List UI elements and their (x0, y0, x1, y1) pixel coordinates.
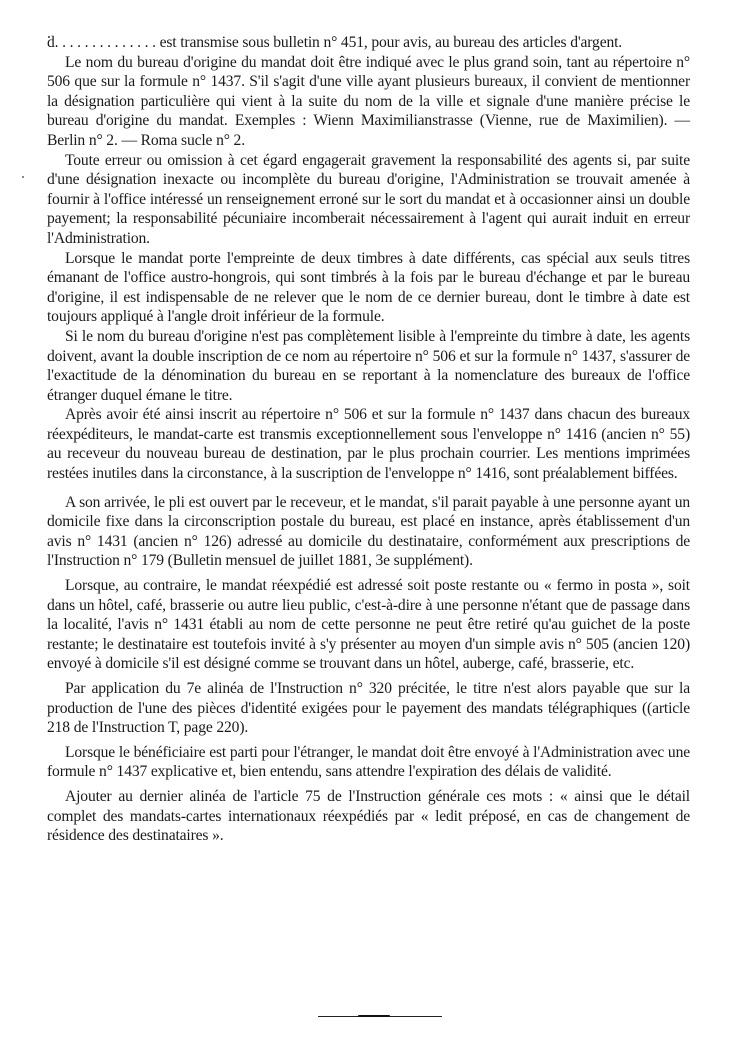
paragraph-bulletin-transmission: d. . . . . . . . . . . . . . est transmi… (47, 33, 690, 53)
document-page: d. . . . . . . . . . . . . . est transmi… (47, 33, 690, 846)
paragraph-bureau-origine: Le nom du bureau d'origine du mandat doi… (47, 53, 690, 151)
paragraph-arrivee: A son arrivée, le pli est ouvert par le … (47, 493, 690, 571)
paragraph-deux-timbres: Lorsque le mandat porte l'empreinte de d… (47, 249, 690, 327)
paragraph-article-75: Ajouter au dernier alinéa de l'article 7… (47, 787, 690, 846)
paragraph-erreur-omission: Toute erreur ou omission à cet égard eng… (47, 151, 690, 249)
paragraph-instruction-320: Par application du 7e alinéa de l'Instru… (47, 679, 690, 738)
speck (22, 176, 24, 178)
paragraph-poste-restante: Lorsque, au contraire, le mandat réexpéd… (47, 576, 690, 674)
paragraph-nom-illisible: Si le nom du bureau d'origine n'est pas … (47, 327, 690, 405)
section-end-rule (318, 1015, 442, 1019)
paragraph-parti-etranger: Lorsque le bénéficiaire est parti pour l… (47, 743, 690, 782)
rule-ornament (358, 1015, 390, 1017)
paragraph-reexpedition: Après avoir été ainsi inscrit au réperto… (47, 405, 690, 483)
